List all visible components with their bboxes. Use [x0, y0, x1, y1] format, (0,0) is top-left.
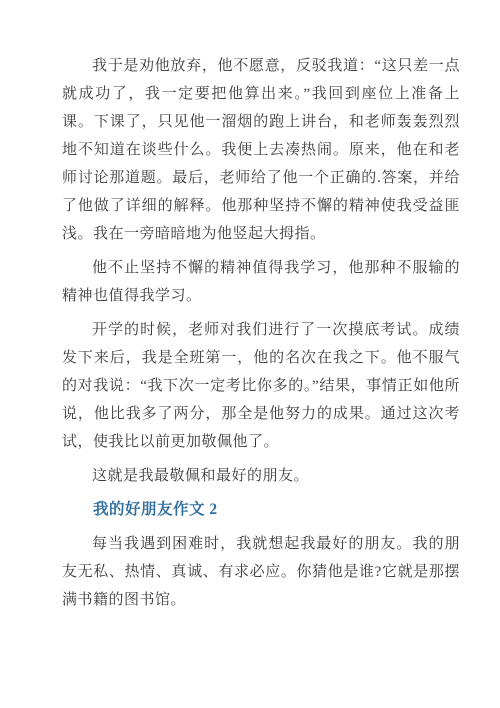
section-heading: 我的好朋友作文 2: [62, 496, 460, 524]
essay-paragraph: 每当我遇到困难时，我就想起我最好的朋友。我的朋友无私、热情、真诚、有求必应。你猜…: [62, 530, 460, 614]
essay-content: 我于是劝他放弃，他不愿意，反驳我道：“这只差一点就成功了，我一定要把他算出来。”…: [62, 52, 460, 614]
essay-paragraph: 开学的时候，老师对我们进行了一次摸底考试。成绩发下来后，我是全班第一，他的名次在…: [62, 316, 460, 456]
essay-paragraph: 他不止坚持不懈的精神值得我学习，他那种不服输的精神也值得我学习。: [62, 254, 460, 310]
document-page: 我于是劝他放弃，他不愿意，反驳我道：“这只差一点就成功了，我一定要把他算出来。”…: [0, 0, 500, 708]
essay-paragraph: 我于是劝他放弃，他不愿意，反驳我道：“这只差一点就成功了，我一定要把他算出来。”…: [62, 52, 460, 248]
essay-paragraph: 这就是我最敬佩和最好的朋友。: [62, 462, 460, 490]
